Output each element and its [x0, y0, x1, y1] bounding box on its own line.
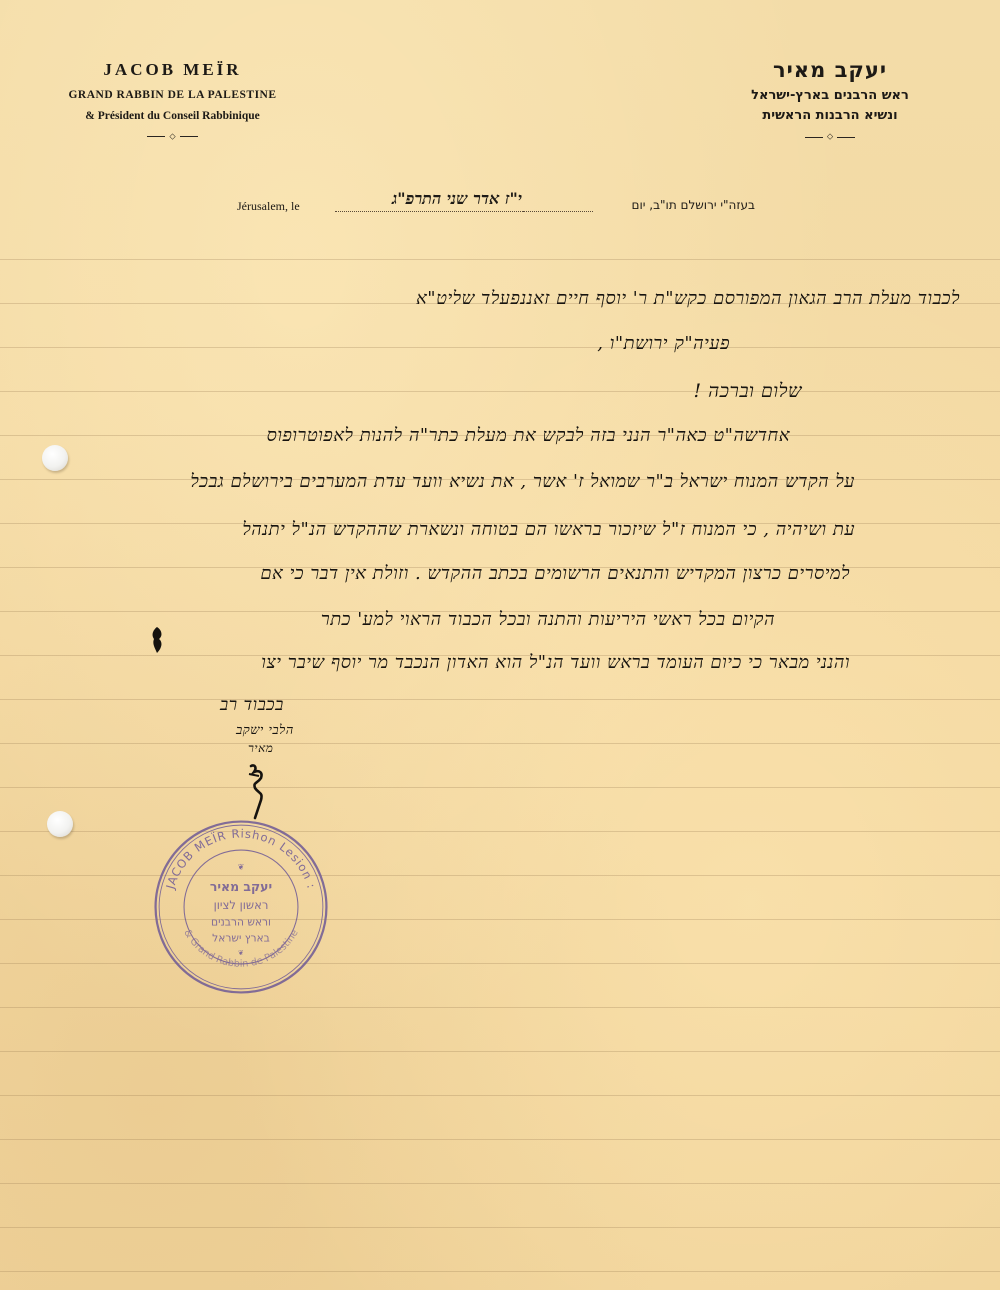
punch-hole	[47, 811, 73, 837]
dateline-french: Jérusalem, le	[237, 199, 300, 214]
rabbinical-stamp: JACOB MEÏR Rishon Lesion : & Grand Rabbi…	[152, 818, 330, 996]
body-line: הקיום בכל ראשי היריעות והתנה ובכל הכבוד …	[321, 609, 775, 630]
stamp-inner-line: וראש הרבנים	[211, 916, 271, 929]
stamp-inner-line: ראשון לציון	[214, 898, 269, 912]
closing: בכבוד רב	[220, 695, 284, 715]
stamp-inner-line: יעקב מאיר	[210, 879, 272, 894]
signature-line: הלבי ישקב	[236, 722, 294, 738]
body-line: אחדשה"ט כאה"ר הנני בזה לבקש את מעלת כתר"…	[267, 425, 790, 446]
svg-text:❦: ❦	[238, 948, 244, 957]
letterhead-subtitle-he: ונשיא הרבנות הראשית	[705, 108, 955, 123]
letterhead-hebrew: יעקב מאיר ראש הרבנים בארץ-ישראל ונשיא הר…	[705, 58, 955, 142]
ruled-lines	[0, 216, 1000, 1290]
letterhead-name-fr: JACOB MEÏR	[30, 60, 315, 80]
stamp-inner-line: בארץ ישראל	[212, 932, 270, 945]
knot-ornament-icon: ⬦	[30, 132, 315, 141]
body-line: על הקדש המנוח ישראל ב"ר שמואל ז' אשר , א…	[190, 471, 855, 492]
body-line: והנני מבאר כי כיום העומד בראש וועד הנ"ל …	[261, 652, 850, 673]
body-line: למיסרים כרצון המקדיש והתנאים הרשומים בכת…	[260, 563, 850, 584]
dotted-fill-line	[335, 211, 523, 212]
ink-blot	[148, 626, 166, 654]
dotted-fill-line	[523, 211, 593, 212]
signature-flourish	[245, 762, 273, 820]
knot-ornament-icon: ⬦	[705, 133, 955, 142]
letterhead-name-he: יעקב מאיר	[705, 58, 955, 82]
letterhead-subtitle-fr: & Président du Conseil Rabbinique	[30, 110, 315, 122]
dateline-hebrew: בעזה"י ירושלם תו"ב, יום	[632, 198, 755, 212]
punch-hole	[42, 445, 68, 471]
salutation-line: פעיה"ק ירושת"ו ,	[597, 333, 730, 354]
greeting: שלום וברכה !	[693, 380, 802, 403]
svg-text:❦: ❦	[238, 863, 245, 872]
handwritten-date: י"ז אדר שני התרפ"ג	[332, 189, 522, 209]
signature-line: מאיר	[248, 741, 273, 756]
letterhead-title-fr: GRAND RABBIN DE LA PALESTINE	[30, 89, 315, 101]
salutation-line: לכבוד מעלת הרב הגאון המפורסם כקש"ת ר' יו…	[416, 288, 960, 309]
letterhead-title-he: ראש הרבנים בארץ-ישראל	[705, 88, 955, 103]
body-line: עת ושיהיה , כי המנוח ז"ל שיזכור בראשו הם…	[242, 519, 855, 540]
dateline: Jérusalem, le י"ז אדר שני התרפ"ג בעזה"י …	[237, 199, 755, 219]
letterhead-french: JACOB MEÏR GRAND RABBIN DE LA PALESTINE …	[30, 60, 315, 141]
letter-page: JACOB MEÏR GRAND RABBIN DE LA PALESTINE …	[0, 0, 1000, 1290]
